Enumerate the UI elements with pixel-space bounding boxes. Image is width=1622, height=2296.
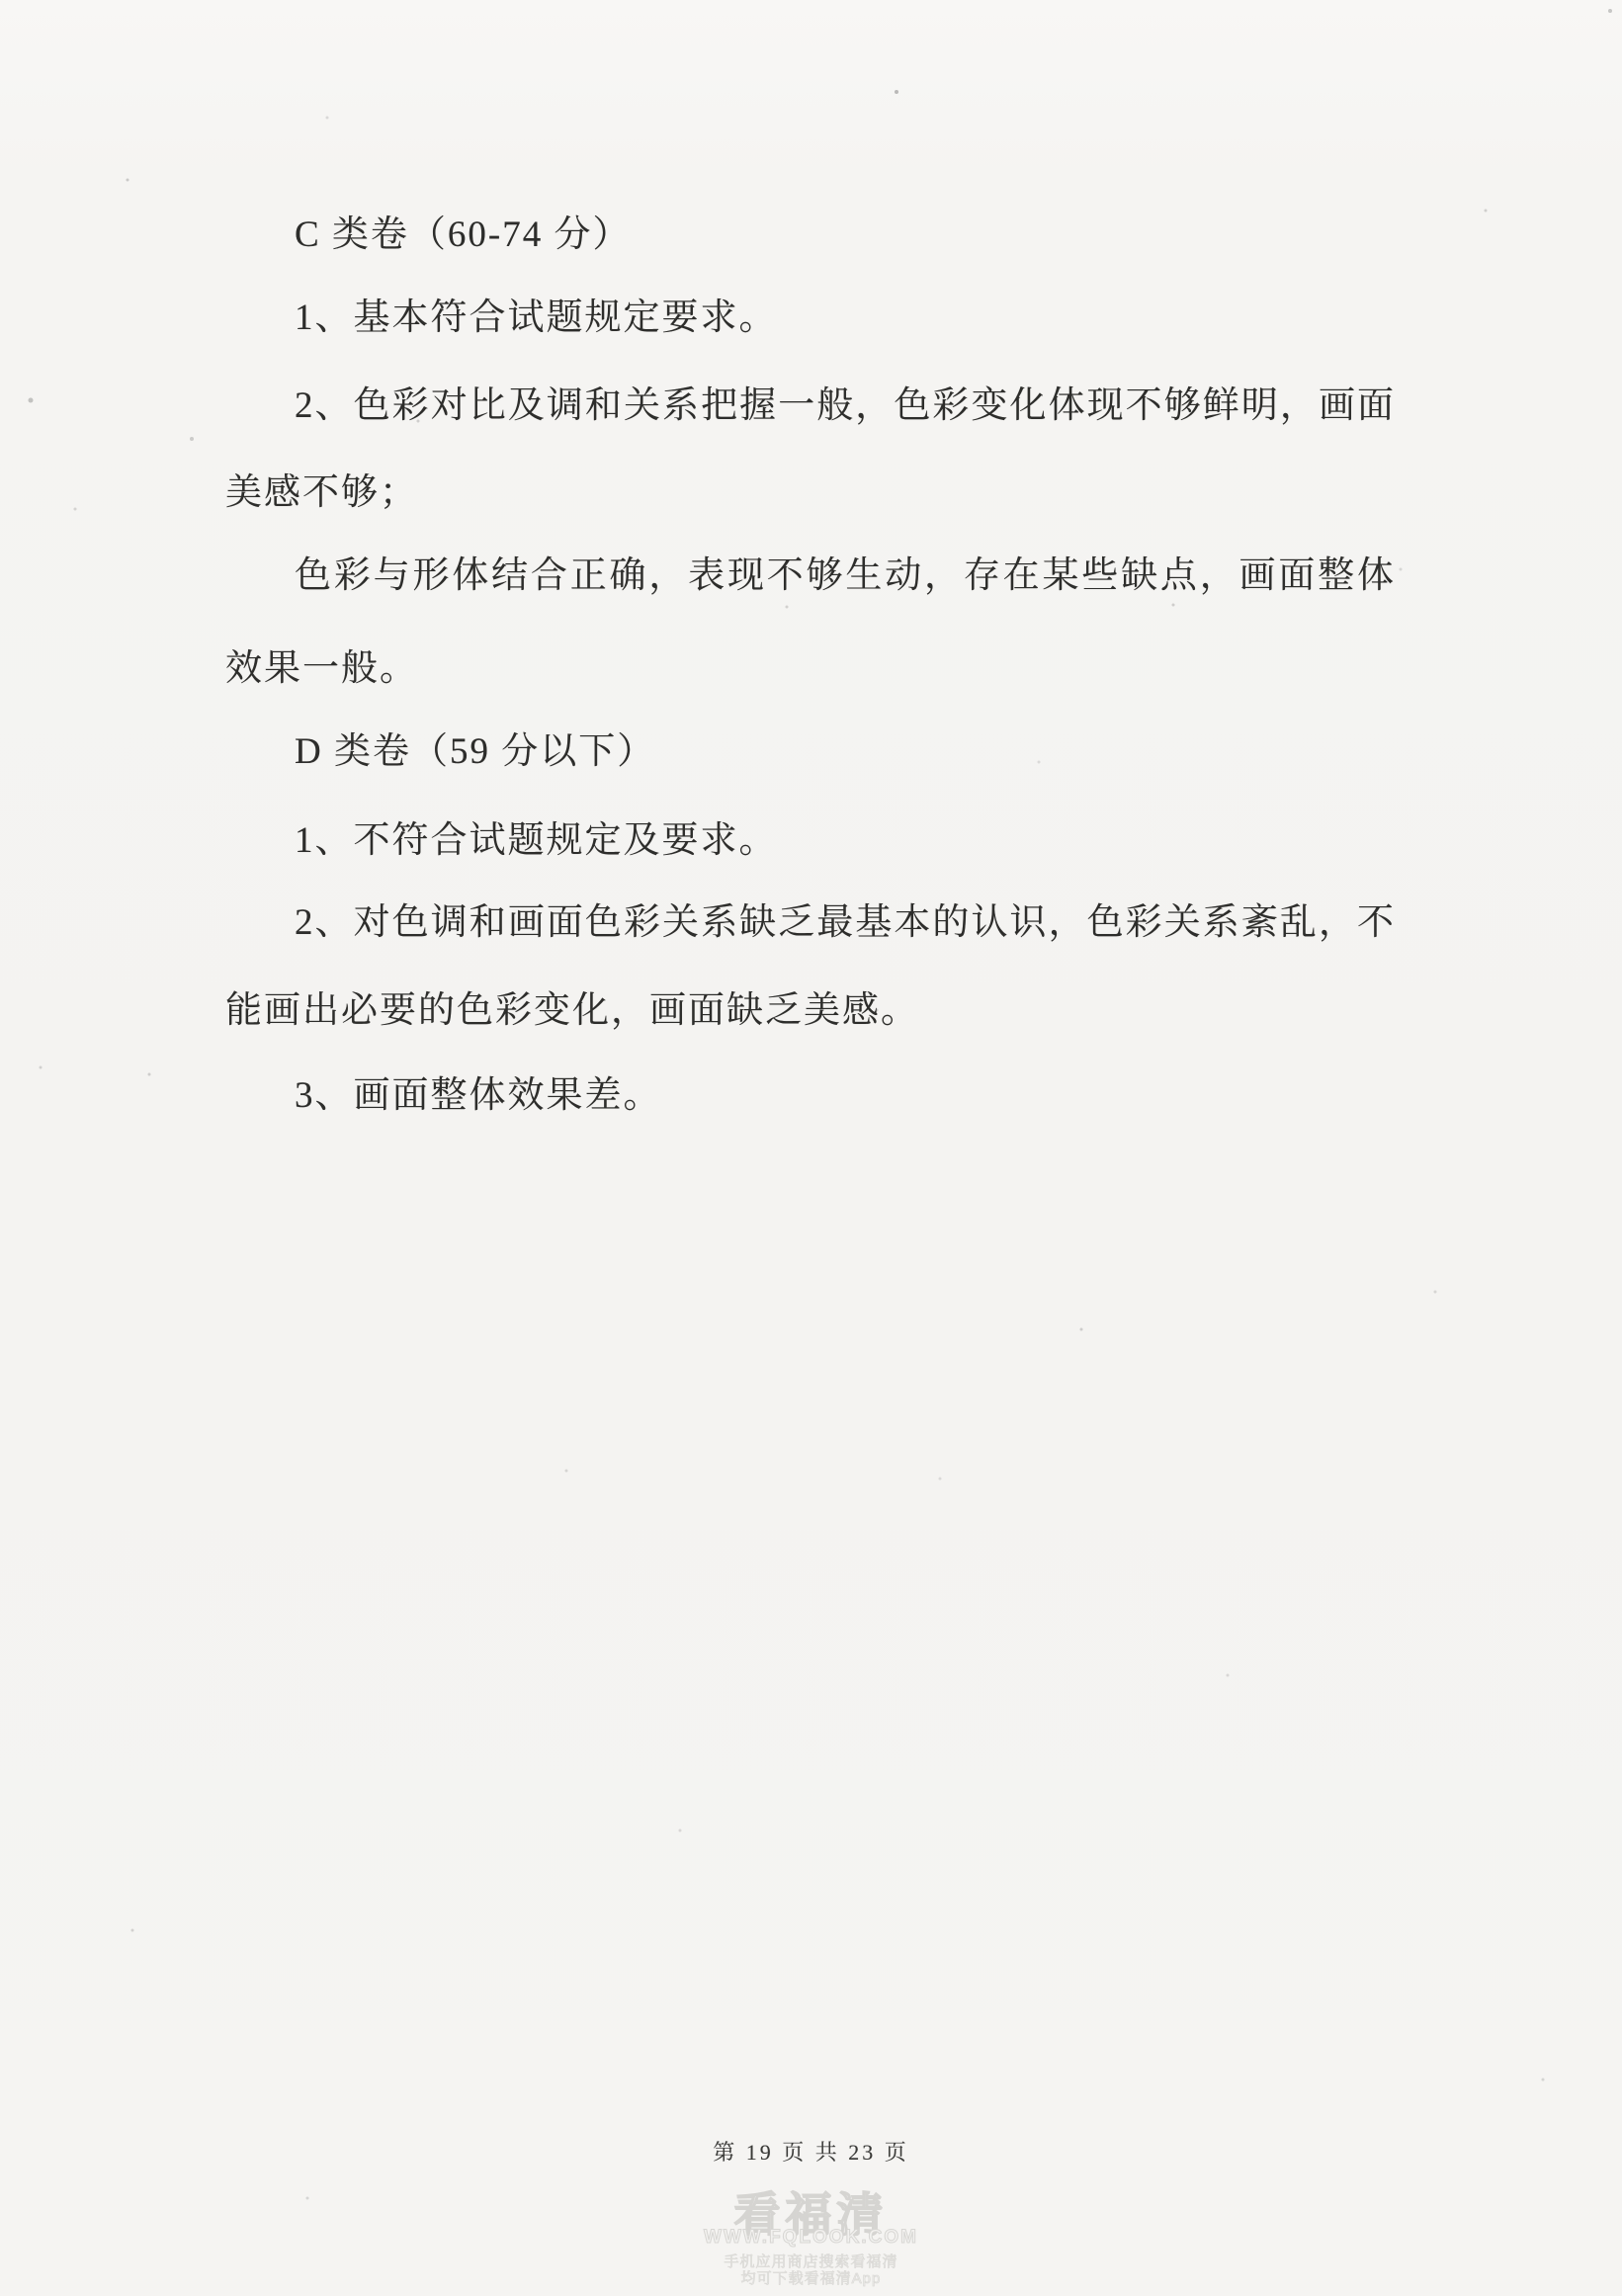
grade-d-item-3: 3、画面整体效果差。 — [295, 1074, 662, 1118]
grade-d-item-2-line-1: 2、对色调和画面色彩关系缺乏最基本的认识，色彩关系紊乱，不 — [295, 901, 1396, 945]
grade-d-item-1: 1、不符合试题规定及要求。 — [295, 819, 778, 863]
scan-noise-specks — [0, 0, 2, 2]
watermark-note-line2: 均可下载看福清App — [0, 2267, 1622, 2288]
scanned-document-page: C 类卷（60-74 分） 1、基本符合试题规定要求。 2、色彩对比及调和关系把… — [0, 0, 1622, 2296]
grade-c-item-2-line-1: 2、色彩对比及调和关系把握一般，色彩变化体现不够鲜明，画面 — [295, 384, 1396, 428]
grade-c-item-2-line-2: 美感不够； — [225, 471, 418, 515]
grade-c-item-3-line-1: 色彩与形体结合正确，表现不够生动，存在某些缺点，画面整体 — [295, 554, 1396, 598]
grade-c-item-3-line-2: 效果一般。 — [225, 647, 418, 691]
heading-grade-d: D 类卷（59 分以下） — [295, 730, 655, 774]
watermark-url: WWW.FQLOOK.COM — [0, 2227, 1622, 2249]
page-number-footer: 第 19 页 共 23 页 — [0, 2136, 1622, 2167]
heading-grade-c: C 类卷（60-74 分） — [295, 213, 632, 257]
grade-c-item-1: 1、基本符合试题规定要求。 — [295, 297, 778, 340]
grade-d-item-2-line-2: 能画出必要的色彩变化，画面缺乏美感。 — [225, 989, 919, 1033]
